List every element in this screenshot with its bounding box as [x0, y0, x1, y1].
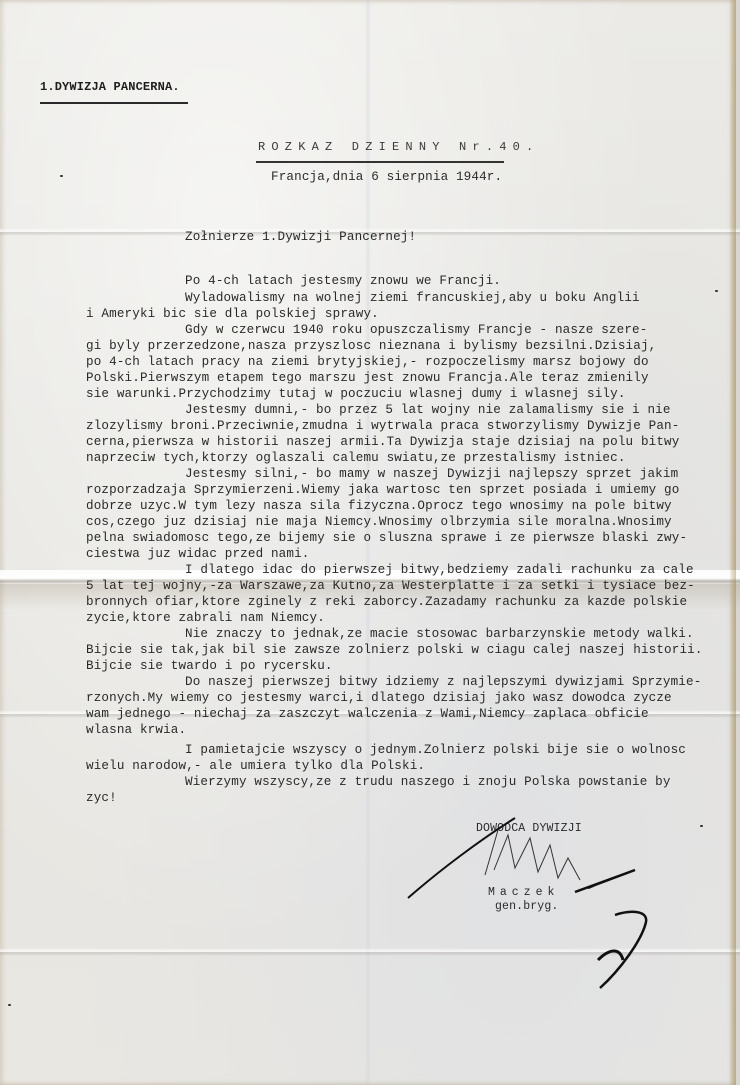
- body-text-line: I dlatego idac do pierwszej bitwy,bedzie…: [185, 563, 694, 577]
- body-text-line: Bijcie sie tak,jak bil sie zawsze zolnie…: [86, 643, 703, 657]
- body-text-line: naprzeciw tych,ktorzy oglaszali calemu s…: [86, 451, 626, 465]
- unit-header-underline: [40, 102, 188, 104]
- body-text-line: zlozylismy broni.Przeciwnie,zmudna i wyt…: [86, 419, 679, 433]
- body-text-line: zycie,ktore zabrali nam Niemcy.: [86, 611, 325, 625]
- paper-speck: [8, 1004, 11, 1006]
- body-text-line: zyc!: [86, 791, 117, 805]
- paper-speck: [715, 290, 718, 292]
- body-text-line: pelna swiadomosc tego,ze bijemy sie o sl…: [86, 531, 687, 545]
- body-text-line: 5 lat tej wojny,-za Warszawe,za Kutno,za…: [86, 579, 695, 593]
- body-text-line: wam jednego - niechaj za zaszczyt walcze…: [86, 707, 649, 721]
- body-text-line: Jestesmy silni,- bo mamy w naszej Dywizj…: [185, 467, 678, 481]
- body-text-line: ciestwa juz widac przed nami.: [86, 547, 310, 561]
- typewritten-document-page: 1.DYWIZJA PANCERNA. ROZKAZ DZIENNY Nr.40…: [0, 0, 736, 1085]
- body-text-line: i Ameryki bic sie dla polskiej sprawy.: [86, 307, 379, 321]
- body-text-line: rozporzadzaja Sprzymierzeni.Wiemy jaka w…: [86, 483, 679, 497]
- place-and-date: Francja,dnia 6 sierpnia 1944r.: [271, 170, 502, 184]
- body-text-line: sie warunki.Przychodzimy tutaj w poczuci…: [86, 387, 626, 401]
- paper-edge: [730, 0, 736, 1085]
- body-text-line: po 4-ch latach pracy na ziemi brytyjskie…: [86, 355, 649, 369]
- order-title-underline: [256, 161, 504, 163]
- body-text-line: rzonych.My wiemy co jestesmy warci,i dla…: [86, 691, 672, 705]
- unit-header: 1.DYWIZJA PANCERNA.: [40, 80, 180, 94]
- paper-speck: [60, 175, 63, 177]
- body-text-line: Nie znaczy to jednak,ze macie stosowac b…: [185, 627, 694, 641]
- body-text-line: gi byly przerzedzone,nasza przyszlosc ni…: [86, 339, 656, 353]
- body-text-line: Wyladowalismy na wolnej ziemi francuskie…: [185, 291, 640, 305]
- signature-hook-mark: [590, 930, 650, 990]
- body-text-line: wielu narodow,- ale umiera tylko dla Pol…: [86, 759, 425, 773]
- body-text-line: Polski.Pierwszym etapem tego marszu jest…: [86, 371, 649, 385]
- body-text-line: cos,czego juz dzisiaj nie maja Niemcy.Wn…: [86, 515, 672, 529]
- body-text-line: cerna,pierwsza w historii naszej armii.T…: [86, 435, 679, 449]
- body-text-line: I pamietajcie wszyscy o jednym.Zolnierz …: [185, 743, 686, 757]
- body-text-line: Wierzymy wszyscy,ze z trudu naszego i zn…: [185, 775, 671, 789]
- body-text-line: Bijcie sie twardo i po rycersku.: [86, 659, 333, 673]
- body-text-line: bronnych ofiar,ktore zginely z reki zabo…: [86, 595, 687, 609]
- body-text-line: Jestesmy dumni,- bo przez 5 lat wojny ni…: [185, 403, 671, 417]
- salutation: Zołnierze 1.Dywizji Pancernej!: [185, 230, 416, 244]
- body-text-line: Do naszej pierwszej bitwy idziemy z najl…: [185, 675, 701, 689]
- body-text-line: Gdy w czerwcu 1940 roku opuszczalismy Fr…: [185, 323, 647, 337]
- body-text-line: wlasna krwia.: [86, 723, 186, 737]
- body-text-line: Po 4-ch latach jestesmy znowu we Francji…: [185, 274, 501, 288]
- paper-speck: [700, 825, 703, 827]
- handwritten-signature: [390, 810, 720, 990]
- body-text-line: dobrze uzyc.W tym lezy nasza sila fizycz…: [86, 499, 672, 513]
- order-title: ROZKAZ DZIENNY Nr.40.: [258, 140, 539, 154]
